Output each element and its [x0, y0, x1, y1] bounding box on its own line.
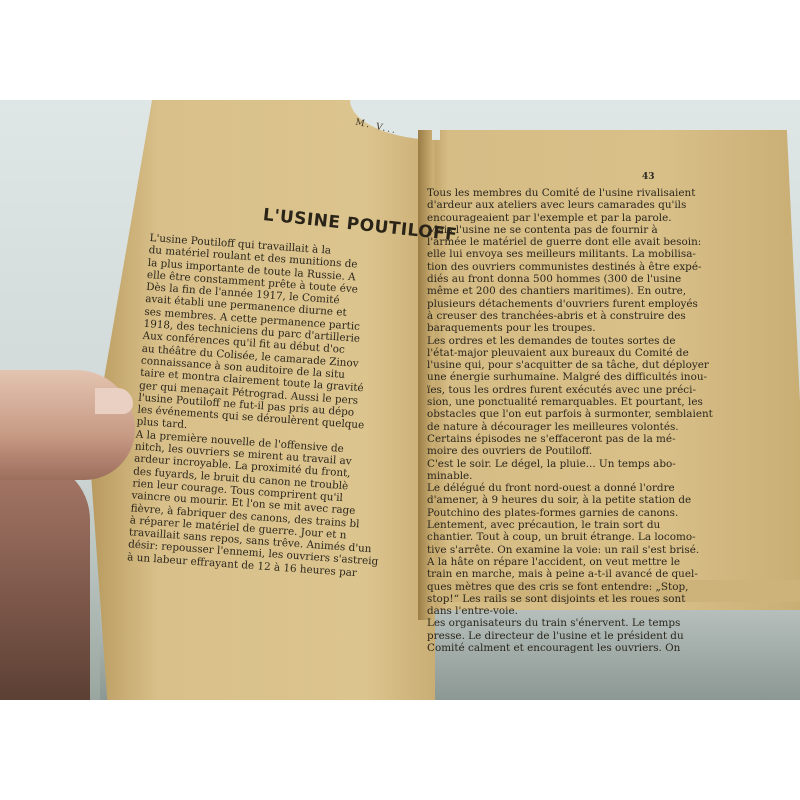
text-line: Les organisateurs du train s'énervent. L…	[427, 617, 713, 629]
text-line: de nature à décourager les meilleures vo…	[427, 421, 713, 433]
text-line: dans l'entre-voie.	[427, 605, 713, 617]
text-line: encourageaient par l'exemple et par la p…	[427, 212, 713, 224]
text-line: Mais l'usine ne se contenta pas de fourn…	[427, 224, 713, 236]
text-line: presse. Le directeur de l'usine et le pr…	[427, 630, 713, 642]
text-line: Comité calment et encouragent les ouvrie…	[427, 642, 713, 654]
palm	[0, 460, 90, 700]
text-line: Certains épisodes ne s'effaceront pas de…	[427, 433, 713, 445]
text-line: baraquements pour les troupes.	[427, 322, 713, 334]
text-line: moire des ouvriers de Poutiloff.	[427, 445, 713, 457]
text-line: à creuser des tranchées-abris et à const…	[427, 310, 713, 322]
text-line: Poutchino des plates-formes garnies de c…	[427, 507, 713, 519]
text-line: plusieurs détachements d'ouvriers furent…	[427, 298, 713, 310]
text-line: elle lui envoya ses meilleurs militants.…	[427, 248, 713, 260]
text-line: train en marche, mais à peine a-t-il ava…	[427, 568, 713, 580]
text-line: stop!“ Les rails se sont disjoints et le…	[427, 593, 713, 605]
text-line: sion, une ponctualité remarquables. Et p…	[427, 396, 713, 408]
thumbnail	[95, 388, 133, 414]
text-line: obstacles que l'on eut parfois à surmont…	[427, 408, 713, 420]
text-line: diés au front donna 500 hommes (300 de l…	[427, 273, 713, 285]
text-line: même et 200 des chantiers maritimes). En…	[427, 285, 713, 297]
text-line: A la hâte on répare l'accident, on veut …	[427, 556, 713, 568]
text-line: d'ardeur aux ateliers avec leurs camarad…	[427, 199, 713, 211]
text-line: tive s'arrête. On examine la voie: un ra…	[427, 544, 713, 556]
left-page-text: L'usine Poutiloff qui travaillait à ladu…	[127, 232, 400, 581]
text-line: l'armée le matériel de guerre dont elle …	[427, 236, 713, 248]
thumb	[0, 370, 135, 480]
right-page-text: Tous les membres du Comité de l'usine ri…	[427, 187, 713, 654]
text-line: C'est le soir. Le dégel, la pluie... Un …	[427, 458, 713, 470]
text-line: minable.	[427, 470, 713, 482]
page-number: 43	[642, 172, 655, 182]
hand	[0, 370, 140, 700]
text-line: Les ordres et les demandes de toutes sor…	[427, 335, 713, 347]
text-line: Le délégué du front nord-ouest a donné l…	[427, 482, 713, 494]
text-line: ques mètres que des cris se font entendr…	[427, 581, 713, 593]
text-line: d'amener, à 9 heures du soir, à la petit…	[427, 494, 713, 506]
text-line: ïes, tous les ordres furent exécutés ave…	[427, 384, 713, 396]
text-line: une énergie surhumaine. Malgré des diffi…	[427, 371, 713, 383]
text-line: tion des ouvriers communistes destinés à…	[427, 261, 713, 273]
text-line: chantier. Tout à coup, un bruit étrange.…	[427, 531, 713, 543]
text-line: l'état-major pleuvaient aux bureaux du C…	[427, 347, 713, 359]
book-photo: M. V... 43 L'USINE POUTILOFF L'usine Pou…	[0, 100, 800, 700]
text-line: l'usine qui, pour s'acquitter de sa tâch…	[427, 359, 713, 371]
text-line: Lentement, avec précaution, le train sor…	[427, 519, 713, 531]
text-line: Tous les membres du Comité de l'usine ri…	[427, 187, 713, 199]
